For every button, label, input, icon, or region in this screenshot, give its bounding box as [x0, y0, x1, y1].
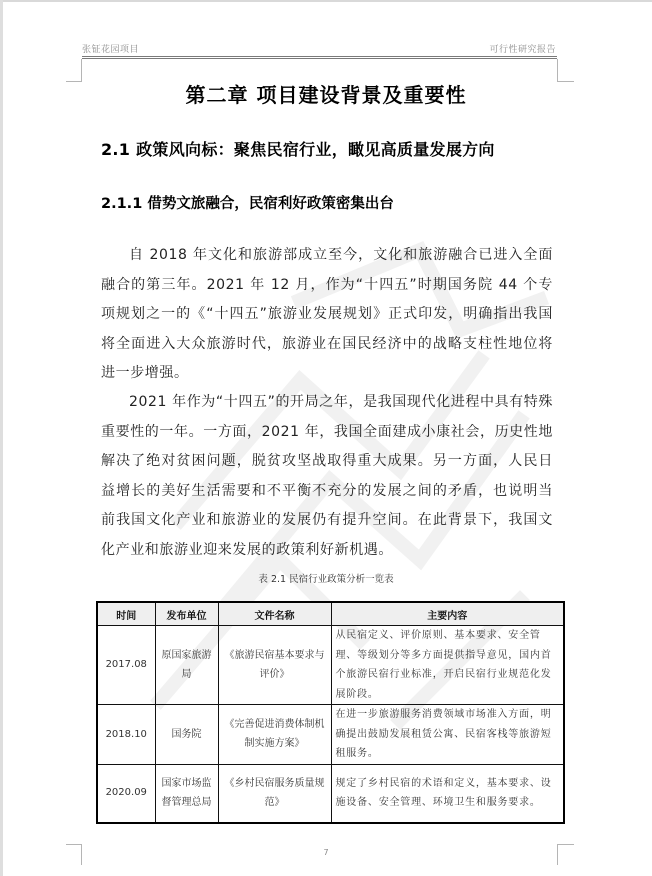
cell-document: 《旅游民宿基本要求与评价》: [218, 626, 331, 705]
column-header-document: 文件名称: [218, 602, 331, 626]
table-caption: 表 2.1 民宿行业政策分析一览表: [0, 571, 652, 585]
column-header-content: 主要内容: [331, 602, 564, 626]
header-left: 张钲花园项目: [82, 42, 139, 55]
cell-issuer: 国务院: [155, 705, 218, 765]
cell-document: 《完善促进消费体制机制实施方案》: [218, 705, 331, 765]
cell-issuer: 原国家旅游局: [155, 626, 218, 705]
cell-time: 2020.09: [97, 764, 155, 823]
policy-table: 时间 发布单位 文件名称 主要内容 2017.08 原国家旅游局 《旅游民宿基本…: [96, 601, 565, 824]
cell-content: 从民宿定义、评价原则、基本要求、安全管理、等级划分等多方面提供指导意见，国内首个…: [331, 626, 564, 705]
cell-document: 《乡村民宿服务质量规范》: [218, 764, 331, 823]
header-right: 可行性研究报告: [489, 42, 556, 55]
chapter-title: 第二章 项目建设背景及重要性: [0, 79, 652, 108]
subsection-heading: 2.1.1 借势文旅融合，民宿利好政策密集出台: [101, 192, 394, 213]
table-header-row: 时间 发布单位 文件名称 主要内容: [97, 602, 564, 626]
table-row: 2020.09 国家市场监督管理总局 《乡村民宿服务质量规范》 规定了乡村民宿的…: [97, 764, 564, 823]
window-left-edge: [0, 0, 3, 876]
section-heading: 2.1 政策风向标：聚焦民宿行业，瞰见高质量发展方向: [101, 137, 495, 160]
table-row: 2018.10 国务院 《完善促进消费体制机制实施方案》 在进一步旅游服务消费领…: [97, 705, 564, 765]
window-top-edge: [0, 0, 652, 2]
cell-time: 2018.10: [97, 705, 155, 765]
page-number: 7: [0, 848, 652, 857]
table-row: 2017.08 原国家旅游局 《旅游民宿基本要求与评价》 从民宿定义、评价原则、…: [97, 626, 564, 705]
header-double-rule: [82, 56, 557, 59]
column-header-issuer: 发布单位: [155, 602, 218, 626]
cell-content: 规定了乡村民宿的术语和定义，基本要求、设施设备、安全管理、环境卫生和服务要求。: [331, 764, 564, 823]
cell-content: 在进一步旅游服务消费领域市场准入方面，明确提出鼓励发展租赁公寓、民宿客栈等旅游短…: [331, 705, 564, 765]
body-paragraph: 自 2018 年文化和旅游部成立至今，文化和旅游融合已进入全面融合的第三年。20…: [101, 241, 553, 389]
column-header-time: 时间: [97, 602, 155, 626]
body-paragraph: 2021 年作为“十四五”的开局之年，是我国现代化进程中具有特殊重要性的一年。一…: [101, 388, 553, 565]
cell-issuer: 国家市场监督管理总局: [155, 764, 218, 823]
cell-time: 2017.08: [97, 626, 155, 705]
